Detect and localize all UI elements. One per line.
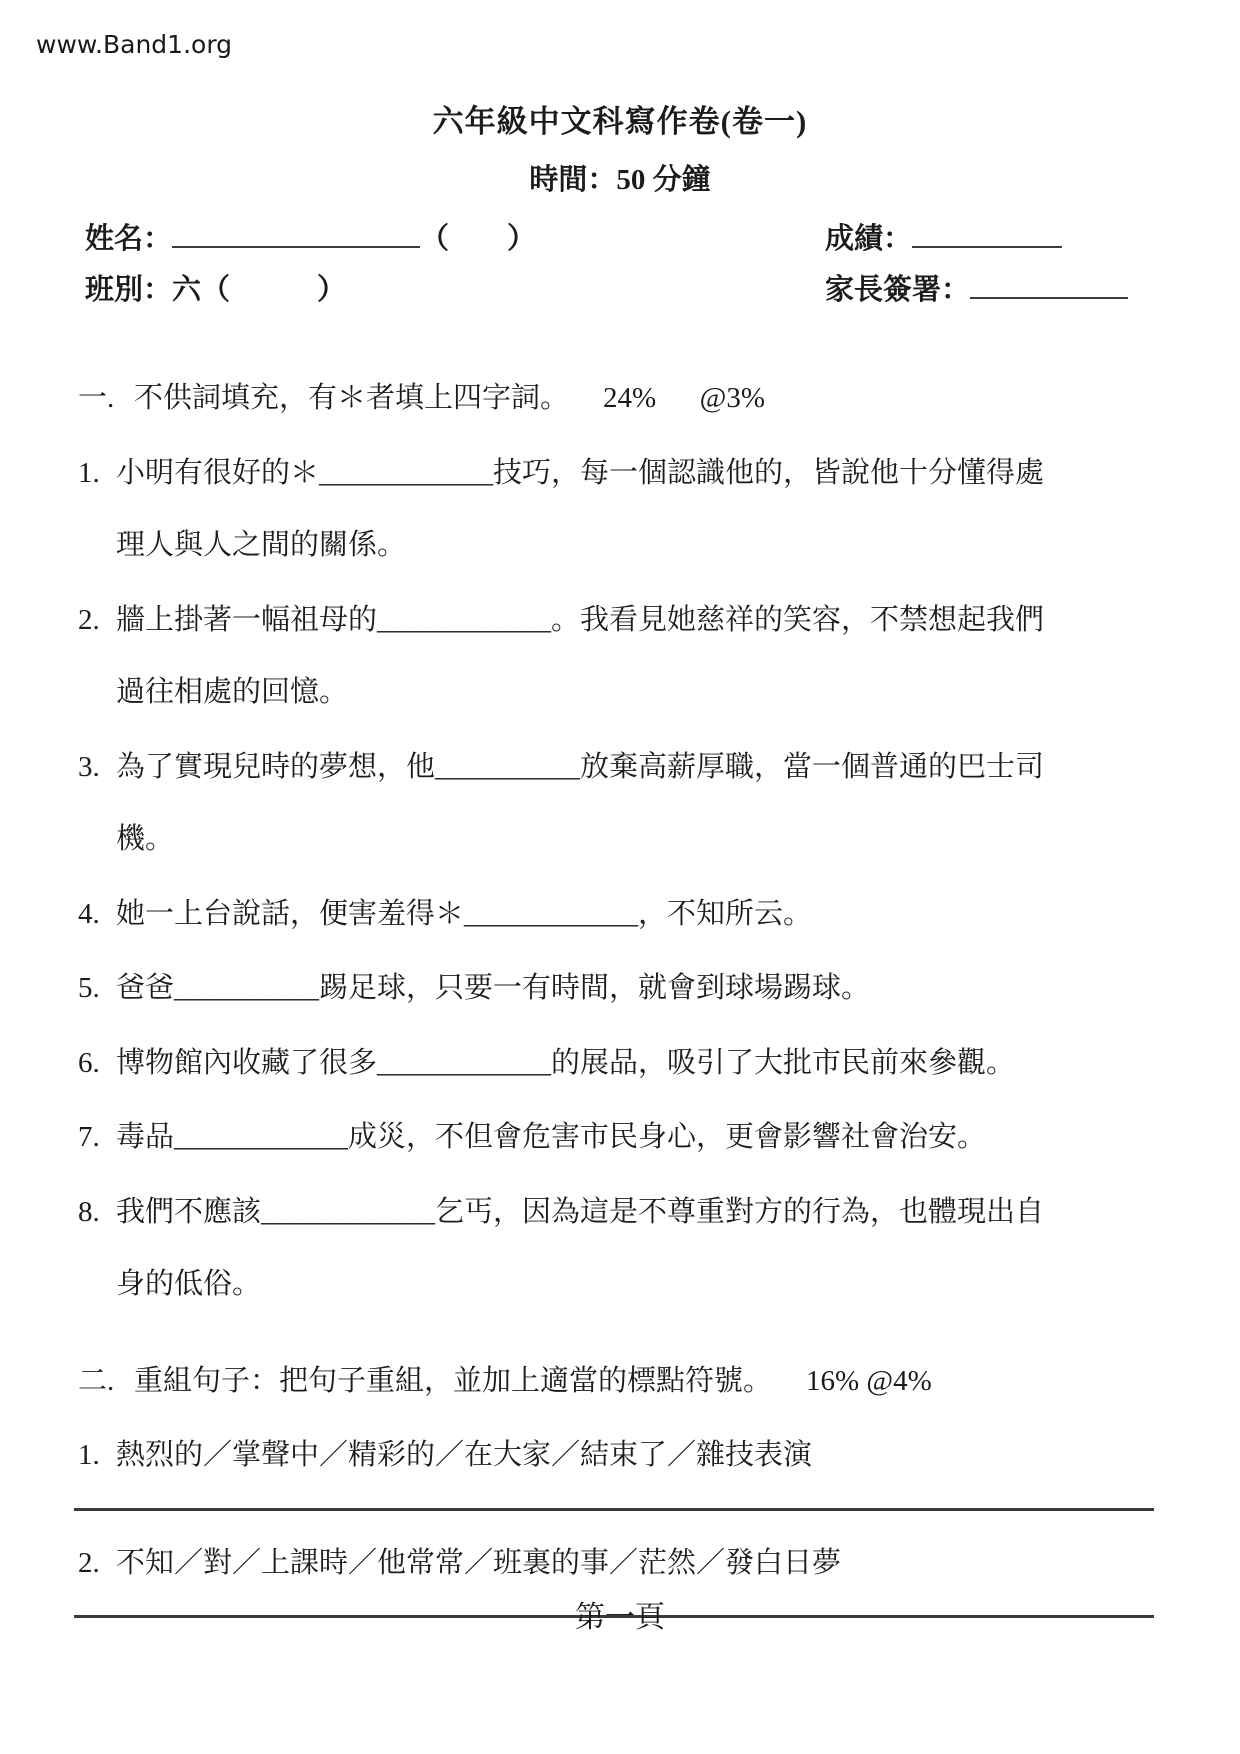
name-field: 姓名：（ ） — [85, 216, 536, 257]
student-info: 姓名：（ ） 成績： 班別：六（ ） 家長簽署： — [85, 216, 1155, 308]
question-number: 3. — [78, 731, 116, 876]
question-item: 2. 牆上掛著一幅祖母的____________。我看見她慈祥的笑容，不禁想起我… — [78, 584, 1168, 729]
question-item: 8. 我們不應該____________乞丐，因為這是不尊重對方的行為，也體現出… — [78, 1176, 1168, 1321]
question-number: 1. — [78, 1419, 116, 1492]
site-watermark: www.Band1.org — [36, 30, 232, 59]
score-field: 成績： — [825, 216, 1155, 257]
parent-sign-field: 家長簽署： — [825, 267, 1155, 308]
question-item: 1. 熱烈的／掌聲中／精彩的／在大家／結束了／雜技表演 — [78, 1419, 1168, 1492]
question-text: 牆上掛著一幅祖母的____________。我看見她慈祥的笑容，不禁想起我們過往… — [116, 584, 1051, 729]
parent-sign-label: 家長簽署： — [825, 274, 970, 306]
score-blank-line — [912, 218, 1062, 248]
section-one: 一. 不供詞填充，有＊者填上四字詞。 24% @3% 1. 小明有很好的＊___… — [78, 362, 1168, 1321]
question-text: 博物館內收藏了很多____________的展品，吸引了大批市民前來參觀。 — [116, 1027, 1015, 1100]
question-text: 我們不應該____________乞丐，因為這是不尊重對方的行為，也體現出自身的… — [116, 1176, 1051, 1321]
question-text: 不知／對／上課時／他常常／班裏的事／茫然／發白日夢 — [116, 1527, 841, 1600]
info-row-2: 班別：六（ ） 家長簽署： — [85, 267, 1155, 308]
info-row-1: 姓名：（ ） 成績： — [85, 216, 1155, 257]
question-number: 4. — [78, 878, 116, 951]
name-label: 姓名： — [85, 223, 172, 255]
question-number: 2. — [78, 1527, 116, 1600]
answer-line — [74, 1508, 1154, 1511]
section-one-title: 不供詞填充，有＊者填上四字詞。 — [134, 362, 569, 435]
question-item: 7. 毒品____________成災，不但會危害市民身心，更會影響社會治安。 — [78, 1101, 1168, 1174]
question-text: 毒品____________成災，不但會危害市民身心，更會影響社會治安。 — [116, 1101, 986, 1174]
page-number: 第一頁 — [0, 1592, 1240, 1636]
question-item: 1. 小明有很好的＊____________技巧，每一個認識他的，皆說他十分懂得… — [78, 437, 1168, 582]
section-one-heading: 一. 不供詞填充，有＊者填上四字詞。 24% @3% — [78, 362, 1168, 435]
question-number: 8. — [78, 1176, 116, 1321]
question-text: 熱烈的／掌聲中／精彩的／在大家／結束了／雜技表演 — [116, 1419, 812, 1492]
section-two-number: 二. — [78, 1345, 134, 1418]
question-text: 爸爸__________踢足球，只要一有時間，就會到球場踢球。 — [116, 952, 870, 1025]
time-limit: 時間：50 分鐘 — [0, 157, 1240, 198]
section-one-marks: 24% @3% — [603, 362, 765, 435]
section-one-number: 一. — [78, 362, 134, 435]
page-title: 六年級中文科寫作卷(卷一) — [0, 0, 1240, 141]
parent-sign-blank-line — [970, 269, 1128, 299]
name-blank-line — [172, 218, 420, 248]
question-number: 5. — [78, 952, 116, 1025]
question-number: 2. — [78, 584, 116, 729]
question-number: 7. — [78, 1101, 116, 1174]
section-two-title: 重組句子：把句子重組，並加上適當的標點符號。 — [134, 1345, 772, 1418]
name-paren: （ ） — [420, 223, 536, 255]
question-item: 3. 為了實現兒時的夢想，他__________放棄高薪厚職，當一個普通的巴士司… — [78, 731, 1168, 876]
exam-paper-page: www.Band1.org 六年級中文科寫作卷(卷一) 時間：50 分鐘 姓名：… — [0, 0, 1240, 1754]
question-text: 她一上台說話，便害羞得＊____________，不知所云。 — [116, 878, 812, 951]
section-two-marks: 16% @4% — [806, 1345, 932, 1418]
score-label: 成績： — [825, 223, 912, 255]
section-two: 二. 重組句子：把句子重組，並加上適當的標點符號。 16% @4% 1. 熱烈的… — [78, 1345, 1168, 1619]
question-item: 4. 她一上台說話，便害羞得＊____________，不知所云。 — [78, 878, 1168, 951]
question-number: 6. — [78, 1027, 116, 1100]
question-text: 小明有很好的＊____________技巧，每一個認識他的，皆說他十分懂得處理人… — [116, 437, 1051, 582]
class-label: 班別：六（ ） — [85, 274, 346, 306]
question-number: 1. — [78, 437, 116, 582]
question-text: 為了實現兒時的夢想，他__________放棄高薪厚職，當一個普通的巴士司機。 — [116, 731, 1051, 876]
question-item: 2. 不知／對／上課時／他常常／班裏的事／茫然／發白日夢 — [78, 1527, 1168, 1600]
question-item: 6. 博物館內收藏了很多____________的展品，吸引了大批市民前來參觀。 — [78, 1027, 1168, 1100]
question-item: 5. 爸爸__________踢足球，只要一有時間，就會到球場踢球。 — [78, 952, 1168, 1025]
class-field: 班別：六（ ） — [85, 267, 346, 308]
section-two-heading: 二. 重組句子：把句子重組，並加上適當的標點符號。 16% @4% — [78, 1345, 1168, 1418]
